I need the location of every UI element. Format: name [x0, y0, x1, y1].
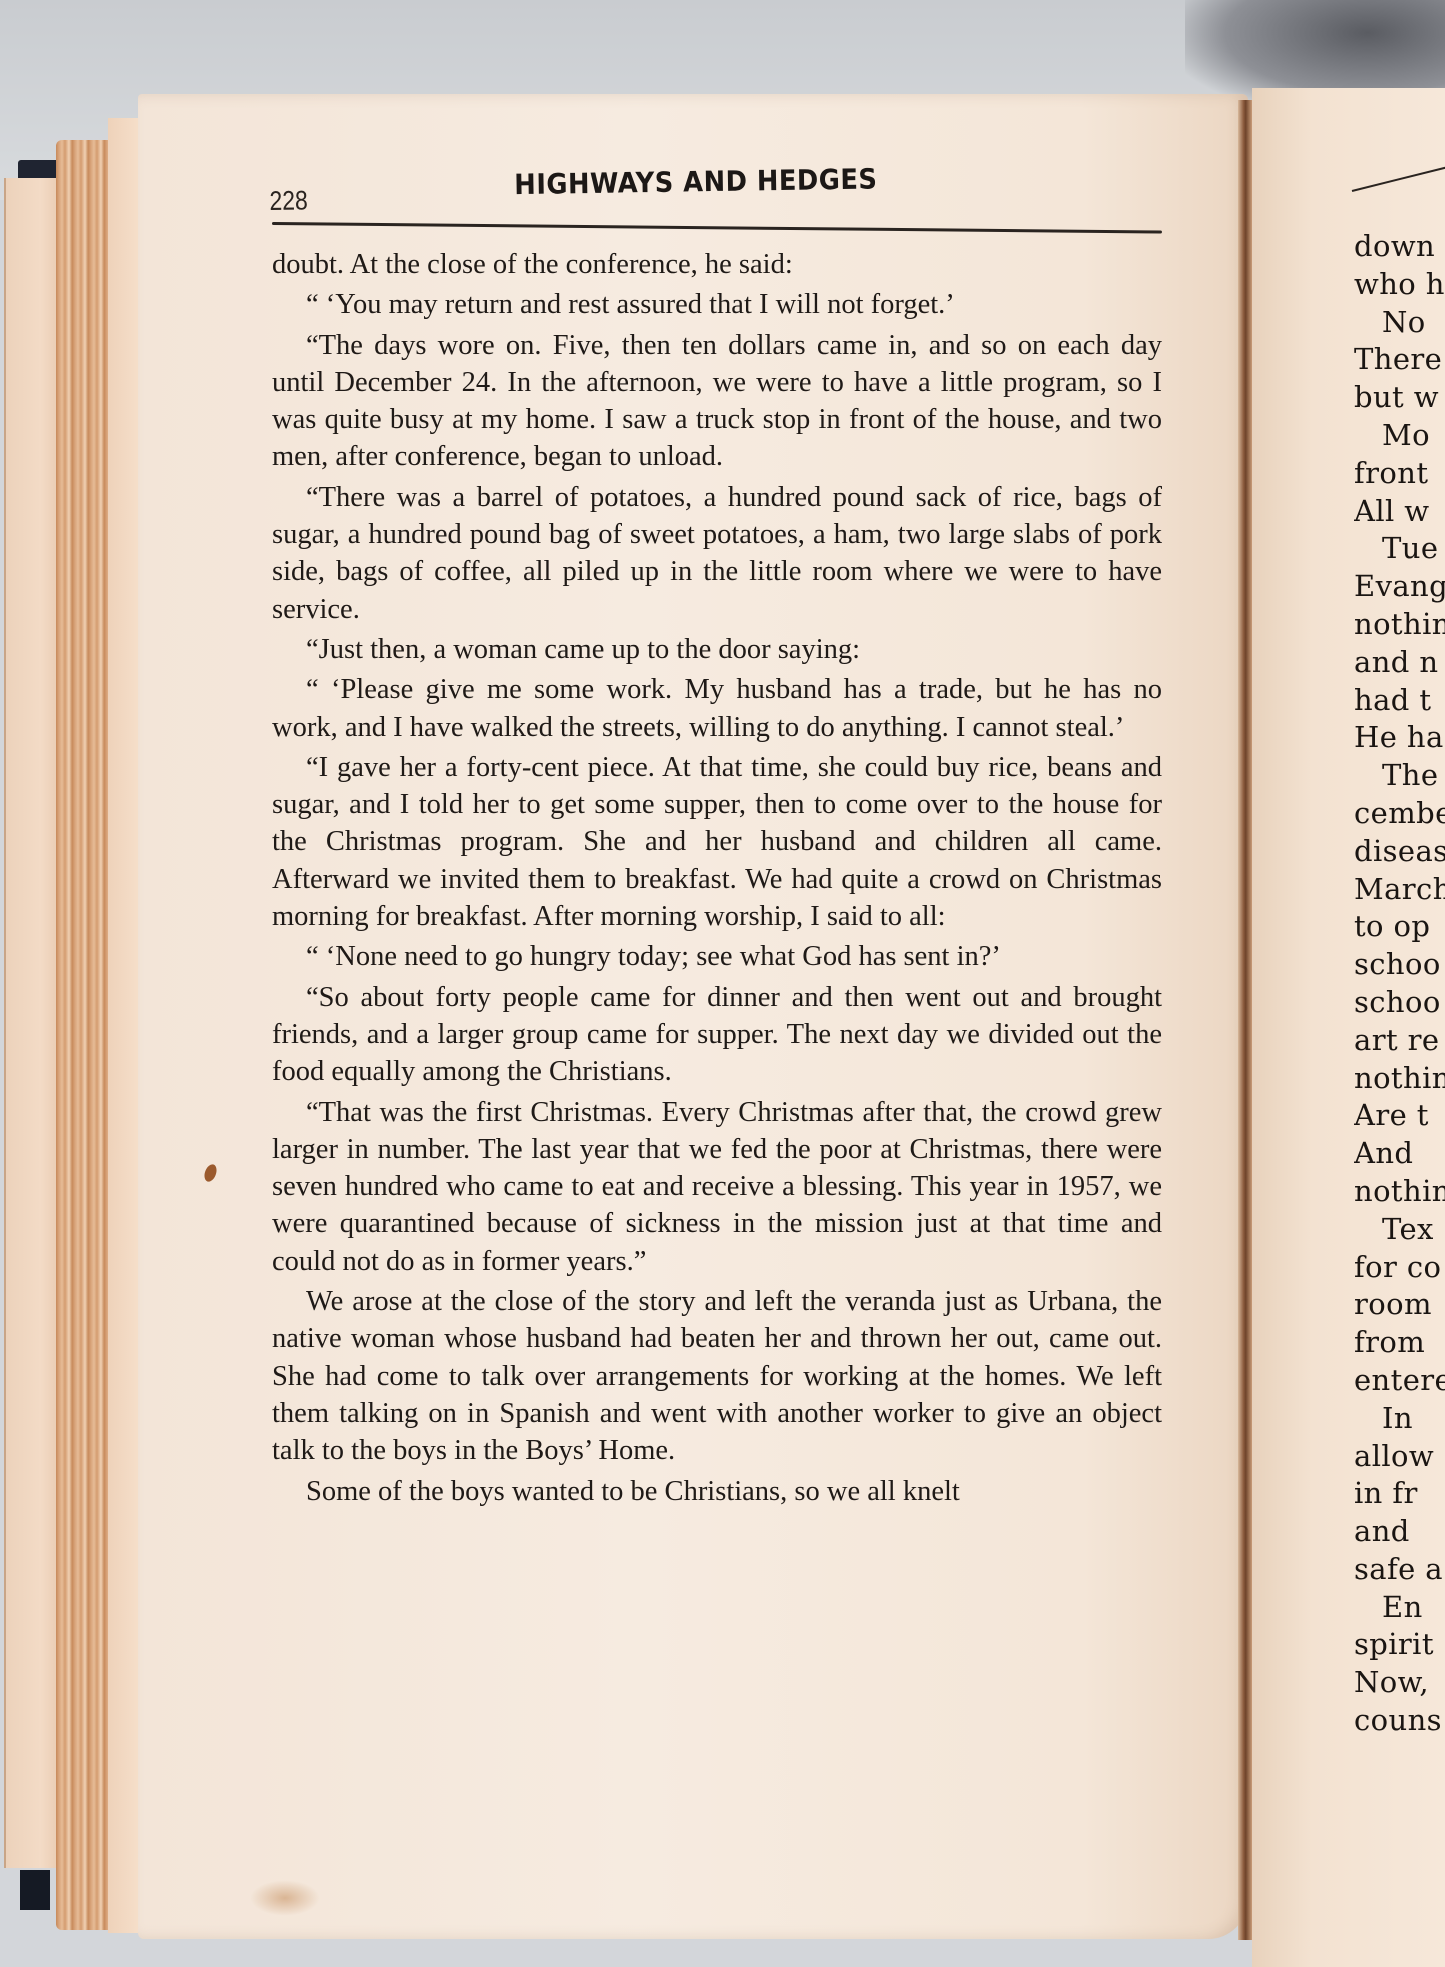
text-fragment-line: nothin — [1354, 606, 1445, 644]
text-fragment-line: and — [1354, 1513, 1445, 1551]
paragraph: “So about forty people came for dinner a… — [272, 979, 1162, 1091]
text-fragment-line: En — [1354, 1589, 1445, 1627]
text-fragment-line: cembe — [1354, 795, 1445, 833]
text-fragment-line: Are t — [1354, 1097, 1445, 1135]
text-fragment-line: And — [1354, 1135, 1445, 1173]
text-fragment-line: Mo — [1354, 417, 1445, 455]
page-title: HIGHWAYS AND HEDGES — [514, 162, 878, 201]
text-fragment-line: front — [1354, 455, 1445, 493]
text-fragment-line: who h — [1354, 266, 1445, 304]
paragraph: “Just then, a woman came up to the door … — [272, 631, 1162, 668]
text-fragment-line: in fr — [1354, 1475, 1445, 1513]
paragraph: “ ‘Please give me some work. My husband … — [272, 671, 1162, 746]
text-fragment-line: for co — [1354, 1249, 1445, 1287]
text-fragment-line: entere — [1354, 1362, 1445, 1400]
paragraph: doubt. At the close of the conference, h… — [272, 246, 1162, 283]
paragraph: “The days wore on. Five, then ten dollar… — [272, 327, 1162, 476]
paragraph: “There was a barrel of potatoes, a hundr… — [272, 479, 1162, 628]
text-fragment-line: In — [1354, 1400, 1445, 1438]
text-fragment-line: safe a — [1354, 1551, 1445, 1589]
text-fragment-line: had t — [1354, 682, 1445, 720]
page-stack-top-sheet — [108, 118, 141, 1933]
text-fragment-line: nothin — [1354, 1173, 1445, 1211]
text-fragment-line: room — [1354, 1286, 1445, 1324]
paragraph: “That was the first Christmas. Every Chr… — [272, 1094, 1162, 1280]
text-fragment-line: There — [1354, 341, 1445, 379]
right-page-text-fragments: downwho hNoTherebut wMofrontAll wTueEvan… — [1354, 228, 1445, 1740]
book-gutter — [1238, 100, 1252, 1940]
body-text: doubt. At the close of the conference, h… — [272, 246, 1162, 1513]
text-fragment-line: diseas — [1354, 833, 1445, 871]
text-fragment-line: but w — [1354, 379, 1445, 417]
book-cover-edge — [4, 178, 64, 1868]
paragraph: Some of the boys wanted to be Christians… — [272, 1473, 1162, 1510]
book-cover-corner-bottom — [20, 1870, 50, 1910]
text-fragment-line: March — [1354, 871, 1445, 909]
paper-stain — [250, 1880, 320, 1916]
text-fragment-line: Tue — [1354, 530, 1445, 568]
text-fragment-line: to op — [1354, 908, 1445, 946]
text-fragment-line: couns — [1354, 1702, 1445, 1740]
text-fragment-line: No — [1354, 304, 1445, 342]
text-fragment-line: The — [1354, 757, 1445, 795]
text-fragment-line: from — [1354, 1324, 1445, 1362]
text-fragment-line: Evang — [1354, 568, 1445, 606]
text-fragment-line: down — [1354, 228, 1445, 266]
text-fragment-line: spirit — [1354, 1626, 1445, 1664]
text-fragment-line: Tex — [1354, 1211, 1445, 1249]
text-fragment-line: All w — [1354, 493, 1445, 531]
paragraph: “I gave her a forty-cent piece. At that … — [272, 749, 1162, 935]
paragraph: “ ‘None need to go hungry today; see wha… — [272, 938, 1162, 975]
paragraph: “ ‘You may return and rest assured that … — [272, 286, 1162, 323]
paragraph: We arose at the close of the story and l… — [272, 1283, 1162, 1469]
text-fragment-line: Now, — [1354, 1664, 1445, 1702]
text-fragment-line: art re — [1354, 1022, 1445, 1060]
page-number: 228 — [269, 185, 308, 217]
text-fragment-line: schoo — [1354, 984, 1445, 1022]
text-fragment-line: allow — [1354, 1438, 1445, 1476]
text-fragment-line: He ha — [1354, 719, 1445, 757]
text-fragment-line: schoo — [1354, 946, 1445, 984]
text-fragment-line: nothin — [1354, 1060, 1445, 1098]
text-fragment-line: and n — [1354, 644, 1445, 682]
